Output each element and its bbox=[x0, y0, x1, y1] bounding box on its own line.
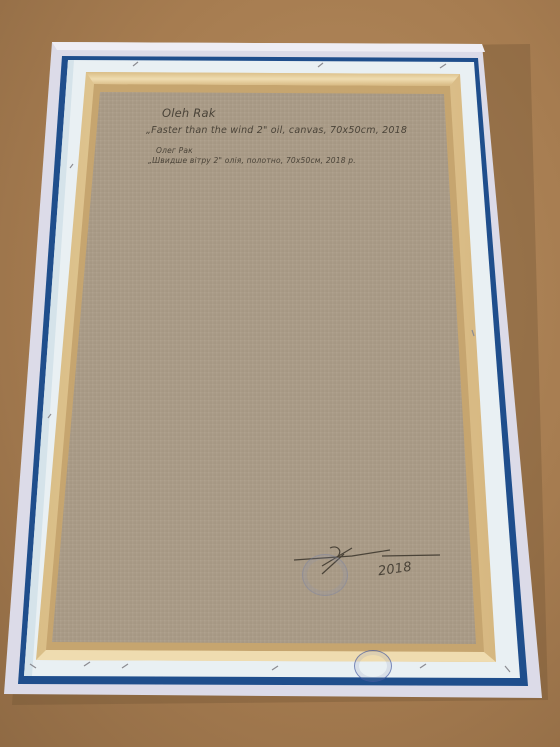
bottom-stamp bbox=[354, 650, 392, 682]
inscription-title-ua: „Швидше вітру 2" олія, полотно, 70x50см,… bbox=[148, 156, 356, 165]
canvas-back bbox=[0, 0, 560, 747]
inscription-title: „Faster than the wind 2" oil, canvas, 70… bbox=[146, 125, 407, 136]
signature-stamp bbox=[302, 554, 348, 596]
frame-drawing bbox=[0, 0, 560, 747]
inscription-author: Oleh Rak bbox=[162, 106, 216, 120]
linen-panel bbox=[52, 92, 476, 644]
photo-scene: Oleh Rak „Faster than the wind 2" oil, c… bbox=[0, 0, 560, 747]
inscription-author-ua: Олег Рак bbox=[156, 146, 193, 155]
